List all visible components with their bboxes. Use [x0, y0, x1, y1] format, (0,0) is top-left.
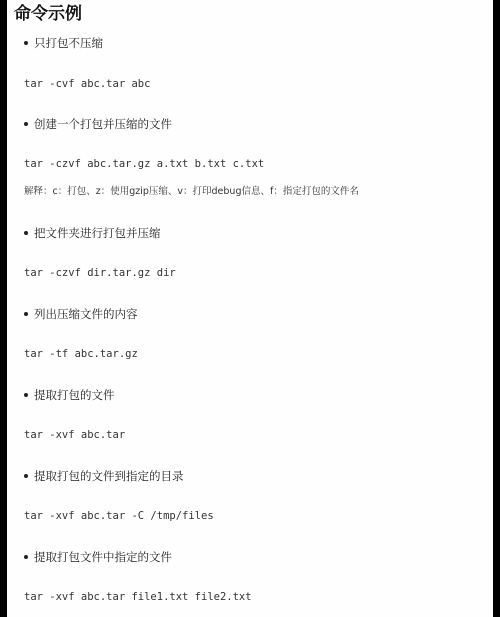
code-line: tar -xvf abc.tar -C /tmp/files	[24, 509, 214, 523]
page-title: 命令示例	[14, 2, 82, 26]
code-line: tar -xvf abc.tar file1.txt file2.txt	[24, 590, 252, 604]
code-line: tar -tf abc.tar.gz	[24, 347, 138, 361]
example-label: 提取打包文件中指定的文件	[34, 549, 172, 565]
explanation-note: 解释：c：打包、z：使用gzip压缩、v：打印debug信息、f：指定打包的文件…	[24, 185, 359, 199]
code-line: tar -xvf abc.tar	[24, 428, 125, 442]
list-item: 提取打包文件中指定的文件	[24, 549, 172, 565]
bullet-icon	[24, 231, 28, 235]
example-label: 提取打包的文件	[34, 387, 115, 403]
list-item: 提取打包的文件	[24, 387, 115, 403]
list-item: 提取打包的文件到指定的目录	[24, 468, 184, 484]
bullet-icon	[24, 312, 28, 316]
list-item: 列出压缩文件的内容	[24, 306, 138, 322]
bullet-icon	[24, 474, 28, 478]
code-line: tar -czvf abc.tar.gz a.txt b.txt c.txt	[24, 157, 264, 171]
bullet-icon	[24, 122, 28, 126]
list-item: 把文件夹进行打包并压缩	[24, 225, 161, 241]
code-line: tar -cvf abc.tar abc	[24, 77, 150, 91]
list-item: 创建一个打包并压缩的文件	[24, 116, 172, 132]
bullet-icon	[24, 555, 28, 559]
list-item: 只打包不压缩	[24, 35, 103, 51]
code-line: tar -czvf dir.tar.gz dir	[24, 266, 176, 280]
example-label: 只打包不压缩	[34, 35, 103, 51]
bullet-icon	[24, 41, 28, 45]
example-label: 创建一个打包并压缩的文件	[34, 116, 172, 132]
document-page: 命令示例 只打包不压缩 tar -cvf abc.tar abc 创建一个打包并…	[7, 0, 493, 617]
example-label: 列出压缩文件的内容	[34, 306, 138, 322]
example-label: 把文件夹进行打包并压缩	[34, 225, 161, 241]
bullet-icon	[24, 393, 28, 397]
example-label: 提取打包的文件到指定的目录	[34, 468, 184, 484]
